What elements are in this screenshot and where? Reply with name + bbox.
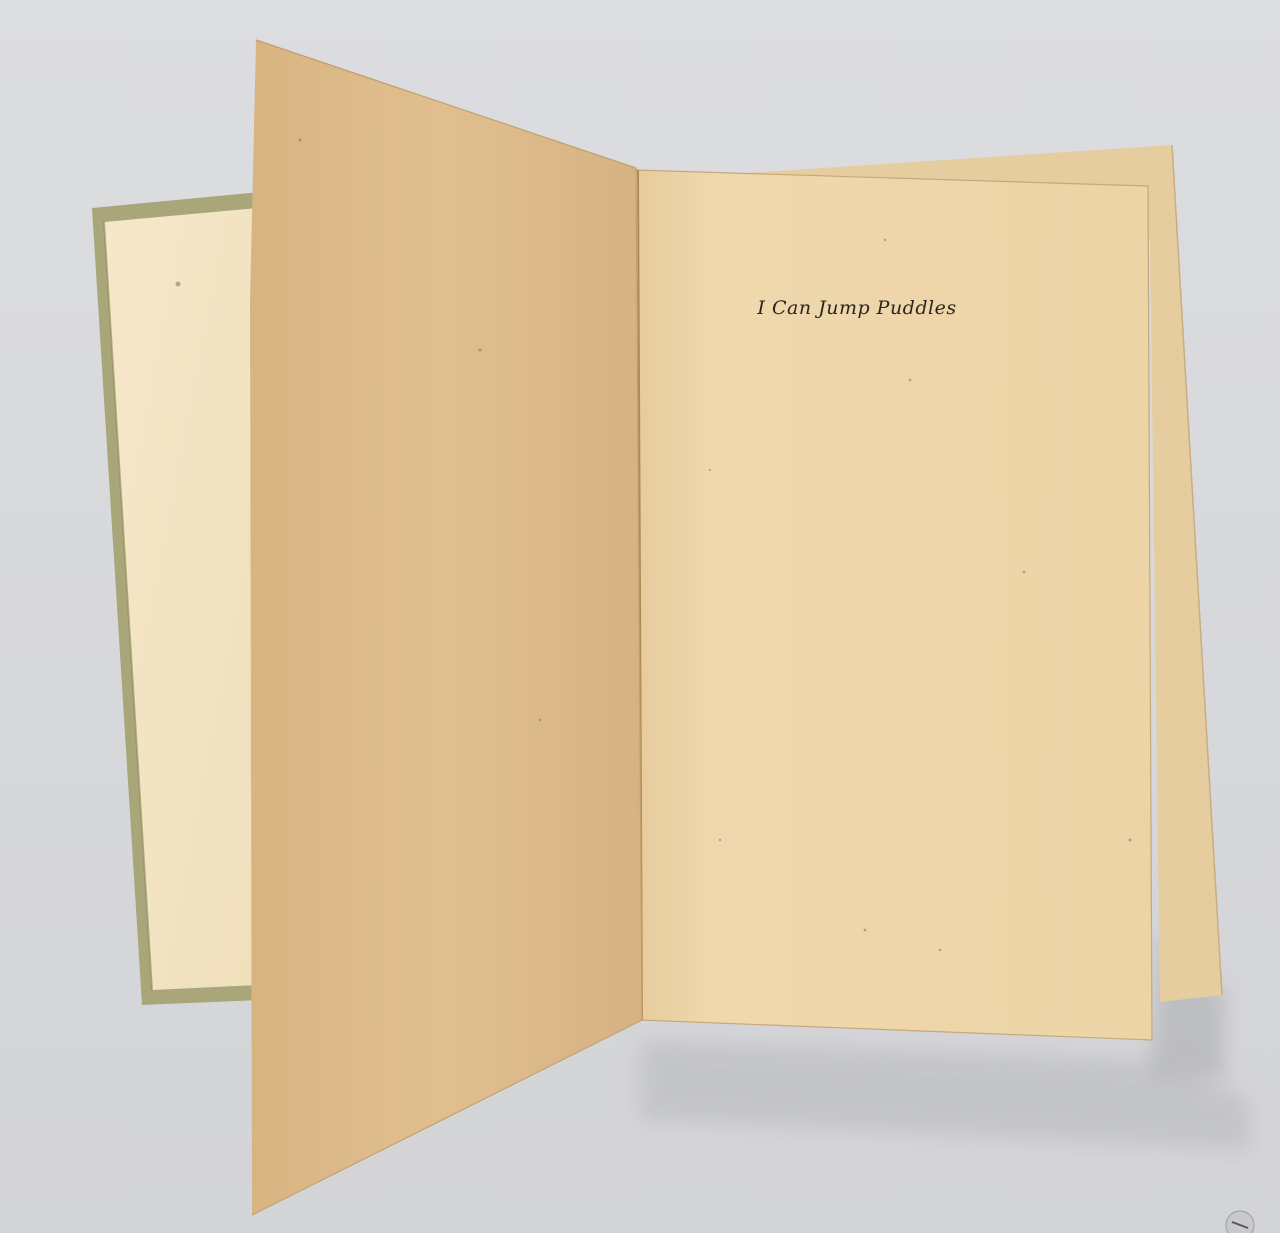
book-title-text: I Can Jump Puddles bbox=[756, 297, 956, 319]
book-illustration: I Can Jump Puddles bbox=[0, 0, 1280, 1233]
fly-leaf bbox=[250, 40, 642, 1215]
book-photo: I Can Jump Puddles bbox=[0, 0, 1280, 1233]
